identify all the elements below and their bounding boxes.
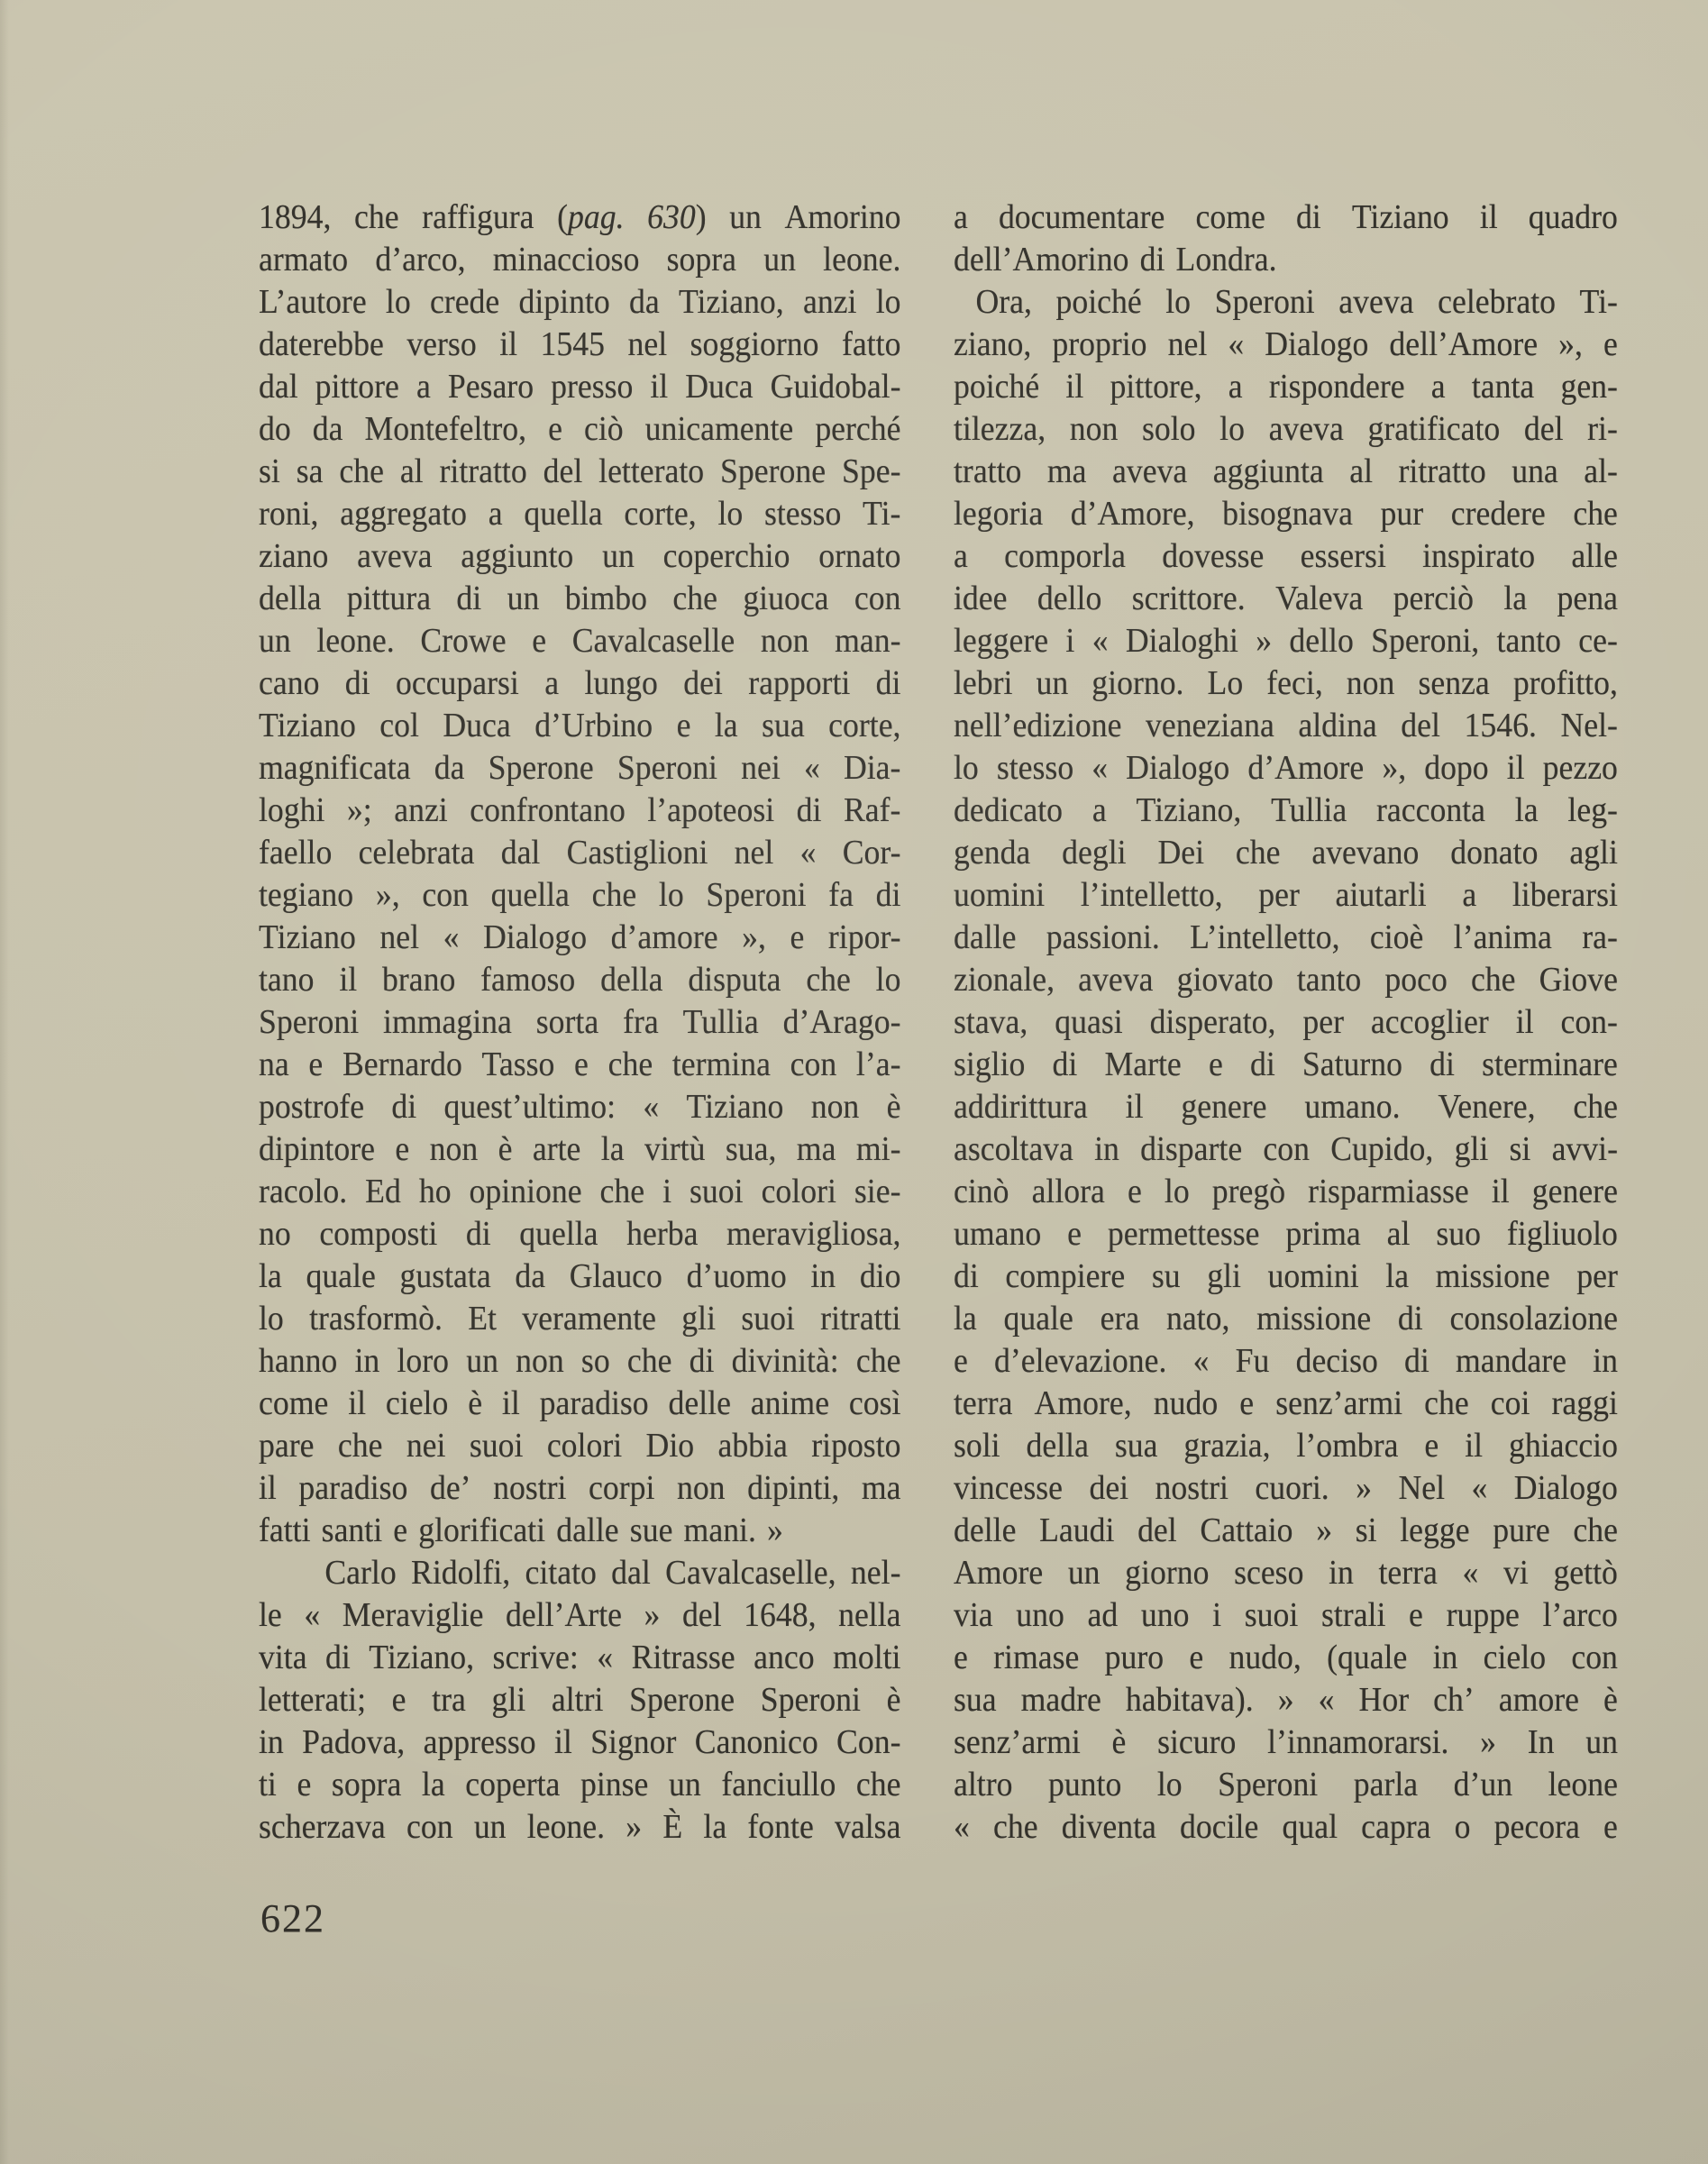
text-line: ascoltavaindisparteconCupido,glisiavvi- [954,1128,1618,1171]
text-line: laqualeeranato,missionediconsolazione [954,1298,1618,1340]
text-line: laqualegustatadaGlaucod’uomoindio [259,1255,901,1298]
text-line: suamadrehabitava).»«Horch’amoreè [954,1679,1618,1721]
text-line: racolo.Edhoopinionecheisuoicolorisie- [259,1171,901,1213]
page-left-edge-shadow [0,0,9,2164]
text-line: TizianocolDucad’Urbinoelasuacorte, [259,705,901,747]
text-line: daterebbeversoil1545nelsoggiornofatto [259,324,901,366]
page-number: 622 [260,1897,325,1940]
text-line: dipintoreenonèartelavirtùsua,mami- [259,1128,901,1171]
text-line: poichéilpittore,arispondereatantagen- [954,366,1618,408]
text-line: dicompieresugliuominilamissioneper [954,1255,1618,1298]
text-line: leggerei«Dialoghi»delloSperoni,tantoce- [954,620,1618,662]
text-line: nocompostidiquellaherbameravigliosa, [259,1213,901,1255]
text-line: dell’AmorinodiLondra. [954,239,1618,281]
text-line: acomporladovesseessersiinspiratoalle [954,535,1618,578]
text-line: roni,aggregatoaquellacorte,lostessoTi- [259,493,901,535]
text-line: hannoinlorounnonsochedidivinità:che [259,1340,901,1383]
text-line: L’autorelocrededipintodaTiziano,anzilo [259,281,901,324]
text-line: unleone.CroweeCavalcasellenonman- [259,620,901,662]
text-line: canodioccuparsialungodeirapportidi [259,662,901,705]
text-line: legoriad’Amore,bisognavapurcredereche [954,493,1618,535]
text-line: umanoepermettesseprimaalsuofigliuolo [954,1213,1618,1255]
text-line: vitadiTiziano,scrive:«Ritrasseancomolti [259,1637,901,1679]
text-line: dellapitturadiunbimbochegiuocacon [259,578,901,620]
text-line: dallepassioni.L’intelletto,cioèl’animara… [954,917,1618,959]
text-line: parecheneisuoicoloriDioabbiariposto [259,1425,901,1467]
text-line: tanoilbranofamosodelladisputachelo [259,959,901,1001]
text-line: zianoavevaaggiuntouncoperchioornato [259,535,901,578]
text-line: armatod’arco,minacciososopraunleone. [259,239,901,281]
text-line: postrofediquest’ultimo:«Tizianononè [259,1086,901,1128]
text-column-right: adocumentarecomediTizianoilquadrodell’Am… [954,196,1618,1849]
text-line: trattomaavevaaggiuntaalritrattounaal- [954,451,1618,493]
text-line: gendadegliDeicheavevanodonatoagli [954,832,1618,874]
text-line: ziano,proprionel«Dialogodell’Amore»,e [954,324,1618,366]
text-line: ed’elevazione.«Fudecisodimandarein [954,1340,1618,1383]
text-line: viaunoadunoisuoistralieruppel’arco [954,1594,1618,1637]
text-line: stava,quasidisperato,peraccoglierilcon- [954,1001,1618,1044]
text-line: tiesopralacopertapinseunfanciulloche [259,1764,901,1806]
text-line: lostesso«Dialogod’Amore»,dopoilpezzo [954,747,1618,790]
text-line: scherzavaconunleone.»Èlafontevalsa [259,1806,901,1849]
text-line: SperoniimmaginasortafraTulliad’Arago- [259,1001,901,1044]
text-line: dalpittoreaPesaropressoilDucaGuidobal- [259,366,901,408]
text-line: ilparadisode’nostricorpinondipinti,ma [259,1467,901,1510]
text-line: «chediventadocilequalcapraopecorae [954,1806,1618,1849]
text-line: dedicatoaTiziano,Tulliaraccontalaleg- [954,790,1618,832]
text-line: fattisantieglorificatidallesuemani.» [259,1510,901,1552]
text-line: inPadova,appressoilSignorCanonicoCon- [259,1721,901,1764]
text-line: letterati;etraglialtriSperoneSperoniè [259,1679,901,1721]
text-line: cinòalloraelopregòrisparmiasseilgenere [954,1171,1618,1213]
text-line: terraAmore,nudoesenz’armichecoiraggi [954,1383,1618,1425]
book-page-scan: 1894,cheraffigura(pag.630)unAmorinoarmat… [0,0,1708,2164]
text-line: altropuntoloSperoniparlad’unleone [954,1764,1618,1806]
text-line: tegiano»,conquellacheloSperonifadi [259,874,901,917]
text-line: loghi»;anziconfrontanol’apoteosidiRaf- [259,790,901,832]
text-line: comeilcieloèilparadisodelleanimecosì [259,1383,901,1425]
text-line: CarloRidolfi,citatodalCavalcaselle,nel- [259,1552,901,1594]
text-line: magnificatadaSperoneSperoninei«Dia- [259,747,901,790]
text-line: vincessedeinostricuori.»Nel«Dialogo [954,1467,1618,1510]
text-line: Ora,poichéloSperoniavevacelebratoTi- [954,281,1618,324]
text-line: dodaMontefeltro,eciòunicamenteperché [259,408,901,451]
text-line: solidellasuagrazia,l’ombraeilghiaccio [954,1425,1618,1467]
text-line: faellocelebratadalCastiglioninel«Cor- [259,832,901,874]
text-line: erimasepuroenudo,(qualeincielocon [954,1637,1618,1679]
text-line: sigliodiMarteediSaturnodisterminare [954,1044,1618,1086]
text-line: le«Meravigliedell’Arte»del1648,nella [259,1594,901,1637]
text-line: Tizianonel«Dialogod’amore»,eripor- [259,917,901,959]
text-line: lotrasformò.Etveramenteglisuoiritratti [259,1298,901,1340]
text-line: 1894,cheraffigura(pag.630)unAmorino [259,196,901,239]
text-line: adocumentarecomediTizianoilquadro [954,196,1618,239]
text-line: addiritturailgenereumano.Venere,che [954,1086,1618,1128]
text-line: naeBernardoTassoecheterminaconl’a- [259,1044,901,1086]
text-line: senz’armièsicurol’innamorarsi.»Inun [954,1721,1618,1764]
text-line: delleLaudidelCattaio»sileggepureche [954,1510,1618,1552]
text-line: ideedelloscrittore.Valevaperciòlapena [954,578,1618,620]
text-line: tilezza,nonsololoavevagratificatodelri- [954,408,1618,451]
text-line: Amoreungiornoscesointerra«vigettò [954,1552,1618,1594]
text-line: nell’edizionevenezianaaldinadel1546.Nel- [954,705,1618,747]
text-line: uominil’intelletto,peraiutarlialiberarsi [954,874,1618,917]
text-line: lebriungiorno.Lofeci,nonsenzaprofitto, [954,662,1618,705]
text-line: sisachealritrattodelletteratoSperoneSpe- [259,451,901,493]
text-line: zionale,avevagiovatotantopococheGiove [954,959,1618,1001]
text-column-left: 1894,cheraffigura(pag.630)unAmorinoarmat… [259,196,901,1849]
